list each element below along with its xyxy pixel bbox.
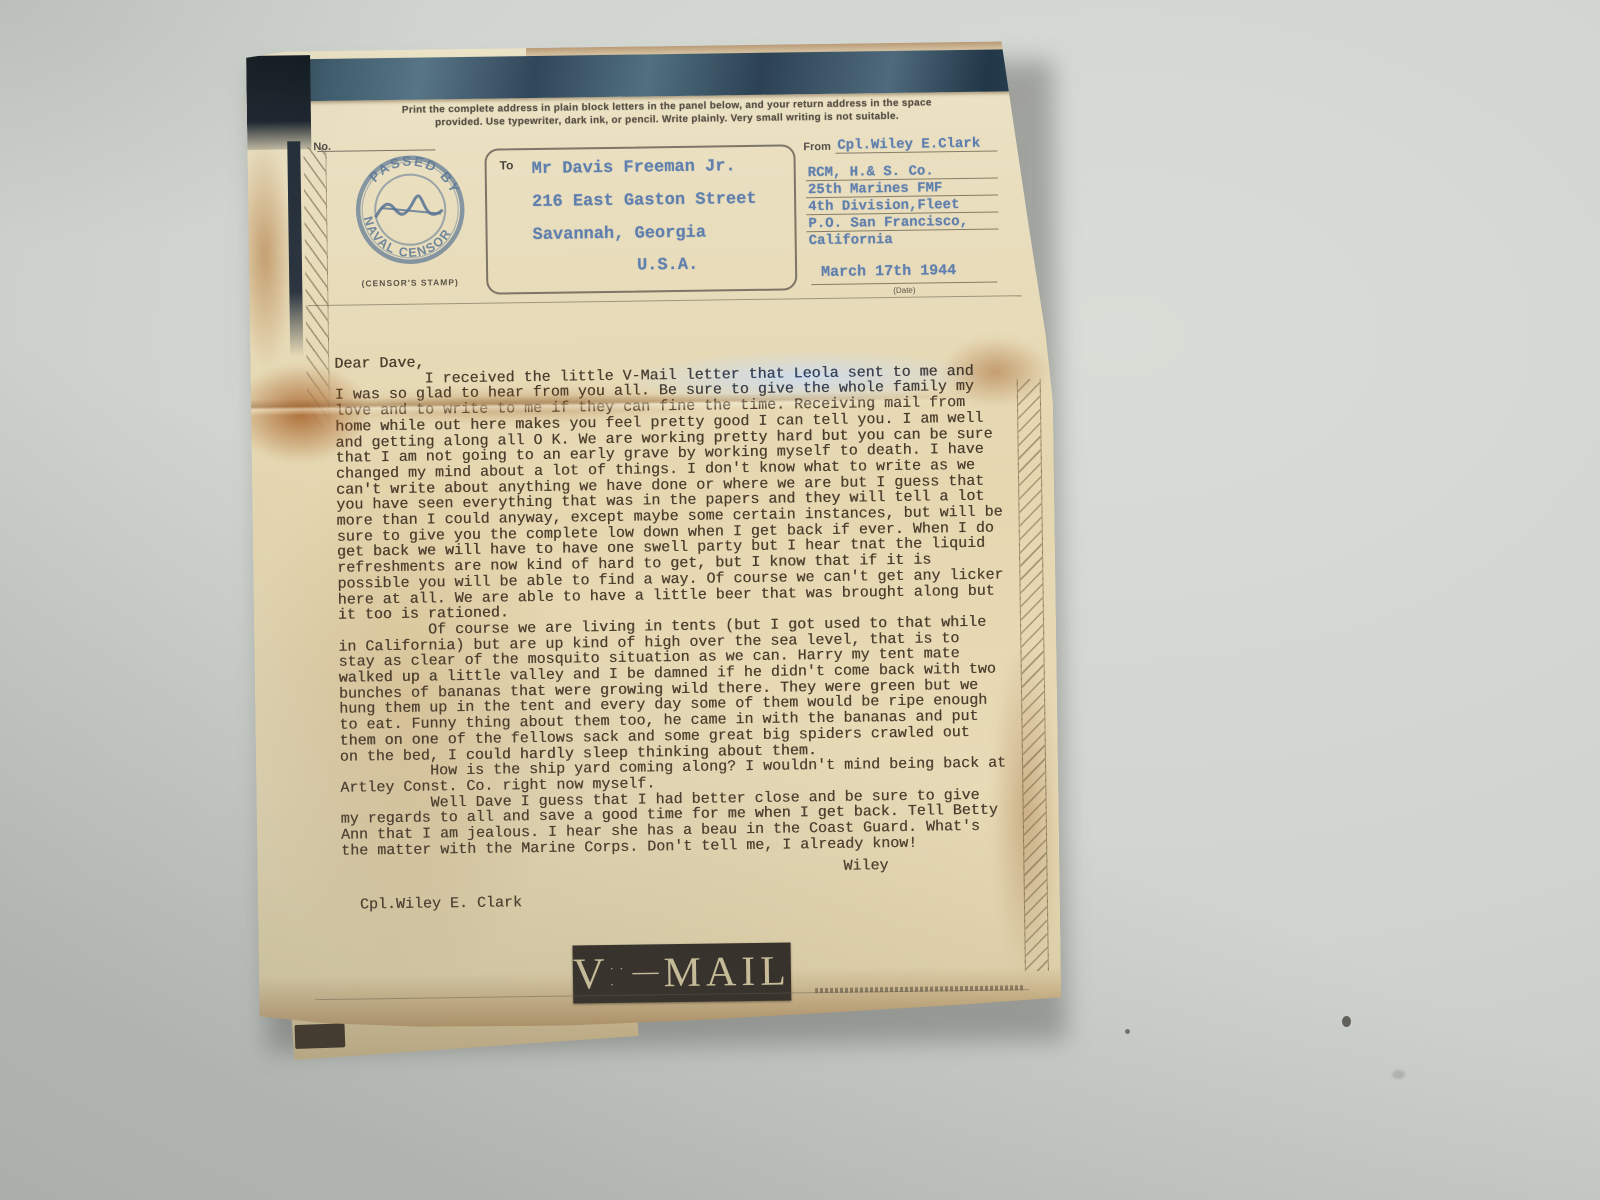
header-divider-line bbox=[308, 295, 1022, 306]
vmail-logo-morse-dash: — bbox=[632, 956, 658, 986]
no-label: No. bbox=[313, 141, 331, 153]
to-address-line: Mr Davis Freeman Jr. bbox=[532, 157, 736, 179]
to-address-line: 216 East Gaston Street bbox=[532, 190, 757, 212]
left-hatched-border bbox=[303, 147, 330, 437]
wall-speck bbox=[1125, 1029, 1130, 1034]
wall-smudge bbox=[1392, 1070, 1405, 1079]
vmail-letter-sheet: Print the complete address in plain bloc… bbox=[246, 41, 1062, 1030]
form-instructions: Print the complete address in plain bloc… bbox=[387, 96, 947, 130]
photo-of-vmail-letter: Print the complete address in plain bloc… bbox=[0, 0, 1600, 1200]
wall-speck bbox=[1342, 1016, 1351, 1027]
date-caption: (Date) bbox=[849, 285, 959, 296]
flap-dark-patch bbox=[295, 1023, 346, 1049]
censor-signature-squiggle bbox=[376, 190, 445, 228]
vmail-logo-v: V bbox=[573, 952, 605, 996]
to-label: To bbox=[500, 158, 514, 172]
letter-body: Dear Dave, I received the little V-Mail … bbox=[334, 347, 1007, 859]
left-dark-border bbox=[287, 141, 303, 356]
svg-text:NAVAL CENSOR: NAVAL CENSOR bbox=[355, 213, 455, 267]
signoff-name: Cpl.Wiley E. Clark bbox=[360, 894, 522, 913]
date-field: March 17th 1944 bbox=[821, 262, 956, 281]
from-address-line: California bbox=[809, 232, 893, 249]
to-address-line: Savannah, Georgia bbox=[532, 224, 706, 245]
from-label: From bbox=[803, 141, 831, 153]
signature: Wiley bbox=[843, 857, 888, 875]
vmail-logo-mail: MAIL bbox=[663, 950, 791, 994]
censor-stamp-caption: (CENSOR'S STAMP) bbox=[335, 277, 485, 289]
top-left-black-corner bbox=[246, 55, 311, 150]
naval-censor-stamp: PASSED BY NAVAL CENSOR bbox=[336, 135, 485, 284]
date-rule bbox=[811, 282, 997, 286]
right-hatched-border bbox=[1017, 379, 1049, 971]
stamp-bottom-text: NAVAL CENSOR bbox=[355, 213, 455, 267]
top-dark-band bbox=[246, 49, 1049, 102]
vmail-logo-morse-dots: · · · bbox=[610, 961, 631, 993]
to-address-line: U.S.A. bbox=[637, 256, 698, 276]
